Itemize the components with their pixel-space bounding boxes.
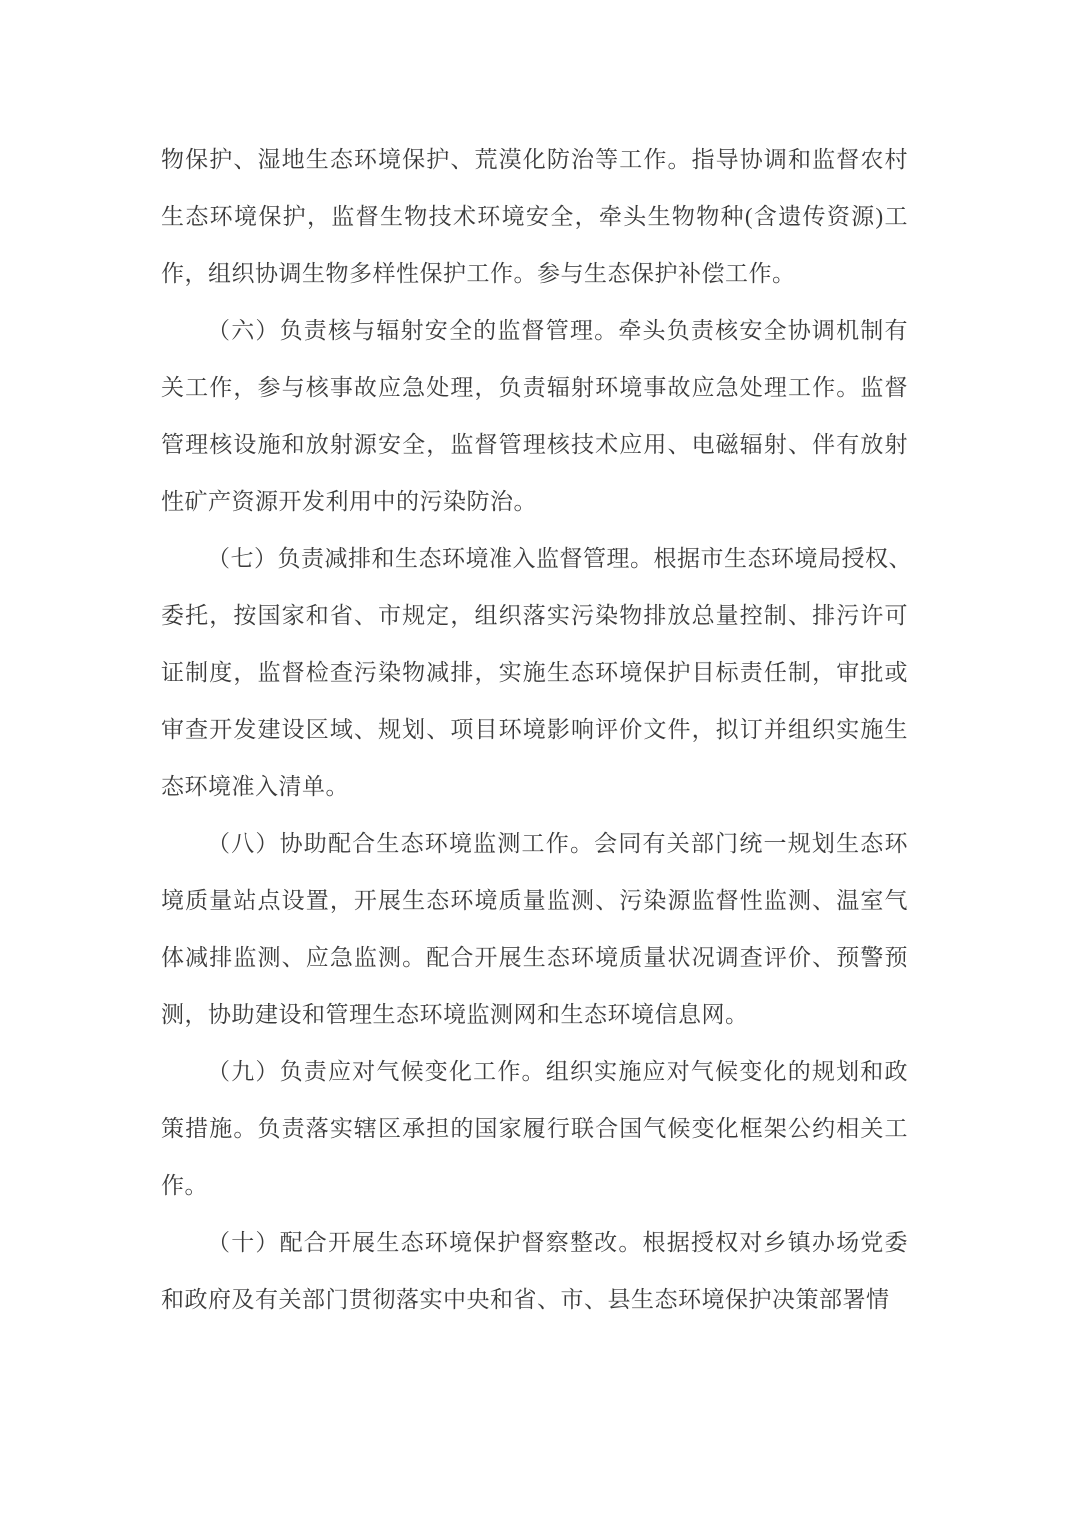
text-line: （九）负责应对气候变化工作。组织实施应对气候变化的规划和政	[161, 1043, 908, 1100]
text-line: 审查开发建设区域、规划、项目环境影响评价文件，拟订并组织实施生	[161, 701, 908, 758]
text-line: 生态环境保护，监督生物技术环境安全，牵头生物物种(含遗传资源)工	[161, 188, 908, 245]
text-line: （七）负责减排和生态环境准入监督管理。根据市生态环境局授权、	[161, 530, 908, 587]
document-body: 物保护、湿地生态环境保护、荒漠化防治等工作。指导协调和监督农村生态环境保护，监督…	[161, 131, 908, 1328]
text-line: 证制度，监督检查污染物减排，实施生态环境保护目标责任制，审批或	[161, 644, 908, 701]
paragraph: （六）负责核与辐射安全的监督管理。牵头负责核安全协调机制有关工作，参与核事故应急…	[161, 302, 908, 530]
text-line: （八）协助配合生态环境监测工作。会同有关部门统一规划生态环	[161, 815, 908, 872]
document-page: 物保护、湿地生态环境保护、荒漠化防治等工作。指导协调和监督农村生态环境保护，监督…	[0, 0, 1074, 1520]
text-line: 性矿产资源开发利用中的污染防治。	[161, 473, 908, 530]
text-line: （六）负责核与辐射安全的监督管理。牵头负责核安全协调机制有	[161, 302, 908, 359]
text-line: 态环境准入清单。	[161, 758, 908, 815]
paragraph: （十）配合开展生态环境保护督察整改。根据授权对乡镇办场党委和政府及有关部门贯彻落…	[161, 1214, 908, 1328]
text-line: 和政府及有关部门贯彻落实中央和省、市、县生态环境保护决策部署情	[161, 1271, 908, 1328]
text-line: 作。	[161, 1157, 908, 1214]
paragraph: （七）负责减排和生态环境准入监督管理。根据市生态环境局授权、委托，按国家和省、市…	[161, 530, 908, 815]
text-line: 物保护、湿地生态环境保护、荒漠化防治等工作。指导协调和监督农村	[161, 131, 908, 188]
text-line: （十）配合开展生态环境保护督察整改。根据授权对乡镇办场党委	[161, 1214, 908, 1271]
text-line: 关工作，参与核事故应急处理，负责辐射环境事故应急处理工作。监督	[161, 359, 908, 416]
text-line: 测，协助建设和管理生态环境监测网和生态环境信息网。	[161, 986, 908, 1043]
text-line: 策措施。负责落实辖区承担的国家履行联合国气候变化框架公约相关工	[161, 1100, 908, 1157]
text-line: 境质量站点设置，开展生态环境质量监测、污染源监督性监测、温室气	[161, 872, 908, 929]
text-line: 体减排监测、应急监测。配合开展生态环境质量状况调查评价、预警预	[161, 929, 908, 986]
paragraph: 物保护、湿地生态环境保护、荒漠化防治等工作。指导协调和监督农村生态环境保护，监督…	[161, 131, 908, 302]
text-line: 管理核设施和放射源安全，监督管理核技术应用、电磁辐射、伴有放射	[161, 416, 908, 473]
paragraph: （八）协助配合生态环境监测工作。会同有关部门统一规划生态环境质量站点设置，开展生…	[161, 815, 908, 1043]
paragraph: （九）负责应对气候变化工作。组织实施应对气候变化的规划和政策措施。负责落实辖区承…	[161, 1043, 908, 1214]
text-line: 委托，按国家和省、市规定，组织落实污染物排放总量控制、排污许可	[161, 587, 908, 644]
text-line: 作，组织协调生物多样性保护工作。参与生态保护补偿工作。	[161, 245, 908, 302]
